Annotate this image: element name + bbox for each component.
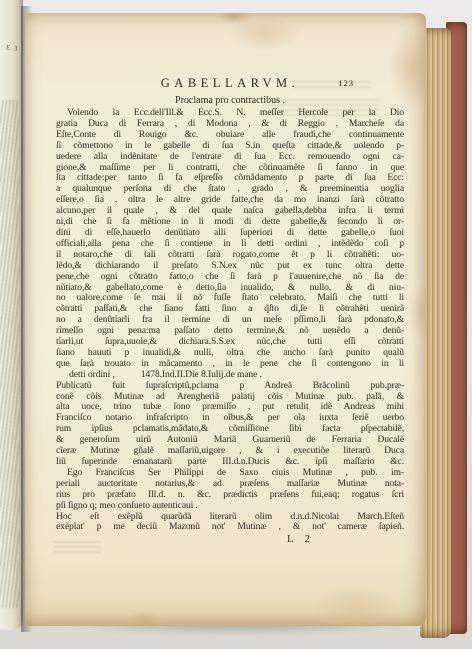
signature-mark: L 2 [287,534,311,545]
book-photograph: E 3 GABELLARVM. 123 Proclama pro contrac… [0,0,472,649]
text-line: exẽplat' p me deciũ Mazonũ not' Mutinæ ,… [56,522,404,533]
paragraph-publication: Publicatũ fuit ſupraſcriptũ,pclama p And… [56,381,404,468]
text-line: rius pro præfato Ill.d. n. &c. prædictis… [56,490,404,501]
previous-page-signature-mark: E 3 [6,43,19,52]
signature-mark-line: L 2 [56,534,404,545]
paragraph-exemplum: Hoc eſt exẽplũ quarũdã literarũ olim d.n… [56,512,404,534]
previous-page-edge: E 3 [0,0,23,630]
previous-page-blurred-text [0,100,19,608]
paragraph-notary: Ego Franciſcus Ser Philippi de Saxo ciui… [56,468,404,501]
text-line: lẽdo,& dichiarando il preſato S.N.ex nũc… [56,261,404,272]
running-header-row: GABELLARVM. 123 [56,74,404,90]
text-line: ſi cõmettono in le gabelle di ſua S.in q… [56,141,404,152]
paragraph-proclama: Volendo la Ecc.dell'Ill.& Ecc.S. N. meſſ… [56,108,404,370]
paragraph-notary-last-line: pſi ſigno q; meo conſueto autenticaui . [56,501,404,512]
text-line: Publicatũ fuit ſupraſcriptũ,pclama p And… [56,381,404,392]
text-line: pene,che ogni cõtratto fatto,o che ſi fa… [56,272,404,283]
running-header: GABELLARVM. [161,76,299,90]
section-heading: Proclama pro contractibus . [56,95,404,106]
text-line: uedere alla indẽnitate de l'entrate di ſ… [56,152,404,163]
text-block: GABELLARVM. 123 Proclama pro contractibu… [56,74,404,545]
folio-number: 123 [338,78,354,88]
book-page: GABELLARVM. 123 Proclama pro contractibu… [25,13,426,626]
